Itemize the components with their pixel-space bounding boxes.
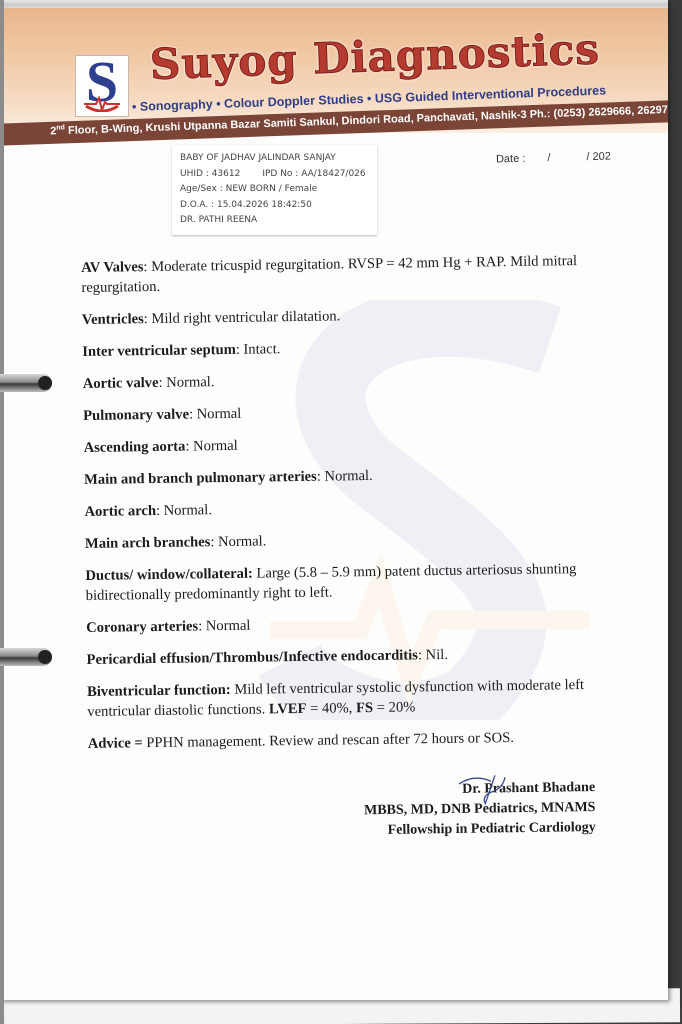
finding-separator: : (189, 406, 197, 422)
date-year: / 202 (586, 150, 611, 163)
date-of-admission: D.O.A. : 15.04.2026 18:42:50 (180, 200, 369, 216)
advice: Advice = PPHN management. Review and res… (88, 727, 618, 754)
findings-list: AV Valves: Moderate tricuspid regurgitat… (81, 251, 617, 670)
finding-text: Normal (193, 438, 238, 455)
finding-text: Moderate tricuspid regurgitation. RVSP =… (81, 253, 577, 296)
finding-label: Pulmonary valve (83, 407, 189, 424)
age-sex: Age/Sex : NEW BORN / Female (180, 184, 369, 200)
advice-text: PPHN management. Review and rescan after… (143, 730, 514, 751)
finding-label: Aortic arch (84, 503, 156, 520)
finding-label: AV Valves (81, 259, 144, 276)
finding-text: Normal. (218, 533, 266, 550)
finding-label: Coronary arteries (86, 618, 198, 636)
report-body: AV Valves: Moderate tricuspid regurgitat… (81, 251, 618, 766)
finding-item: Aortic valve: Normal. (83, 367, 613, 394)
signature-scribble (455, 773, 515, 808)
finding-separator: : (198, 618, 206, 634)
advice-label: Advice = (88, 735, 143, 752)
finding-label: Main arch branches (85, 534, 211, 552)
finding-label: Pericardial effusion/Thrombus/Infective … (87, 647, 419, 668)
patient-label: BABY OF JADHAV JALINDAR SANJAY UHID : 43… (172, 145, 377, 235)
finding-item: Main and branch pulmonary arteries: Norm… (84, 463, 614, 490)
brand-logo: S (75, 55, 129, 117)
finding-biventricular-function: Biventricular function: Mild left ventri… (87, 675, 618, 722)
finding-label: Ductus/ window/collateral: (85, 566, 253, 584)
date-field: Date :// 202 (496, 150, 611, 165)
patient-ids: UHID : 43612IPD No : AA/18427/026 (180, 169, 369, 185)
finding-text: Normal. (164, 502, 212, 519)
finding-item: Coronary arteries: Normal (86, 611, 616, 638)
patient-name: BABY OF JADHAV JALINDAR SANJAY (180, 153, 369, 169)
finding-item: Pulmonary valve: Normal (83, 399, 613, 426)
finding-text: Normal (206, 618, 251, 635)
finding-text: Mild right ventricular dilatation. (151, 308, 340, 327)
address-floor-sup: nd (56, 124, 65, 131)
fs-label: FS (356, 700, 373, 716)
finding-item: Inter ventricular septum: Intact. (82, 335, 612, 362)
ring-end (38, 650, 52, 664)
binder-spine (0, 0, 4, 1024)
heartbeat-icon (82, 96, 122, 112)
finding-item: Aortic arch: Normal. (84, 495, 614, 522)
date-separator: / (547, 152, 550, 164)
finding-text: Normal (197, 406, 242, 423)
signature-block: Dr. Prashant Bhadane MBBS, MD, DNB Pedia… (330, 778, 596, 842)
doctor-fellowship: Fellowship in Pediatric Cardiology (331, 818, 596, 842)
finding-item: Pericardial effusion/Thrombus/Infective … (86, 643, 616, 670)
finding-label: Ventricles (82, 311, 144, 328)
finding-label: Ascending aorta (84, 439, 186, 456)
finding-label: Aortic valve (83, 375, 159, 392)
finding-label: Inter ventricular septum (82, 342, 236, 360)
binder-ring-top (0, 374, 52, 392)
finding-label: Main and branch pulmonary arteries (84, 469, 317, 488)
finding-text: Normal. (324, 468, 372, 485)
uhid: UHID : 43612 (180, 169, 240, 179)
finding-text: Nil. (425, 647, 448, 663)
finding-item: AV Valves: Moderate tricuspid regurgitat… (81, 251, 612, 298)
fs-value: = 20% (373, 699, 416, 716)
report-page: S Suyog Diagnostics • Sonography • Colou… (0, 0, 668, 1000)
referring-doctor: DR. PATHI REENA (180, 215, 369, 231)
ring-end (38, 376, 52, 390)
finding-text: Intact. (243, 341, 280, 358)
lvef-label: LVEF (269, 701, 307, 718)
finding-label: Biventricular function: (87, 682, 231, 700)
finding-item: Ventricles: Mild right ventricular dilat… (82, 303, 612, 330)
ipd-number: IPD No : AA/18427/026 (262, 169, 365, 179)
finding-text: Normal. (166, 374, 214, 391)
finding-item: Ascending aorta: Normal (84, 431, 614, 458)
finding-item: Main arch branches: Normal. (85, 527, 615, 554)
lvef-value: = 40%, (306, 700, 356, 717)
date-label: Date : (496, 153, 526, 166)
binder-ring-bottom (0, 648, 52, 666)
finding-item: Ductus/ window/collateral: Large (5.8 – … (85, 559, 616, 606)
